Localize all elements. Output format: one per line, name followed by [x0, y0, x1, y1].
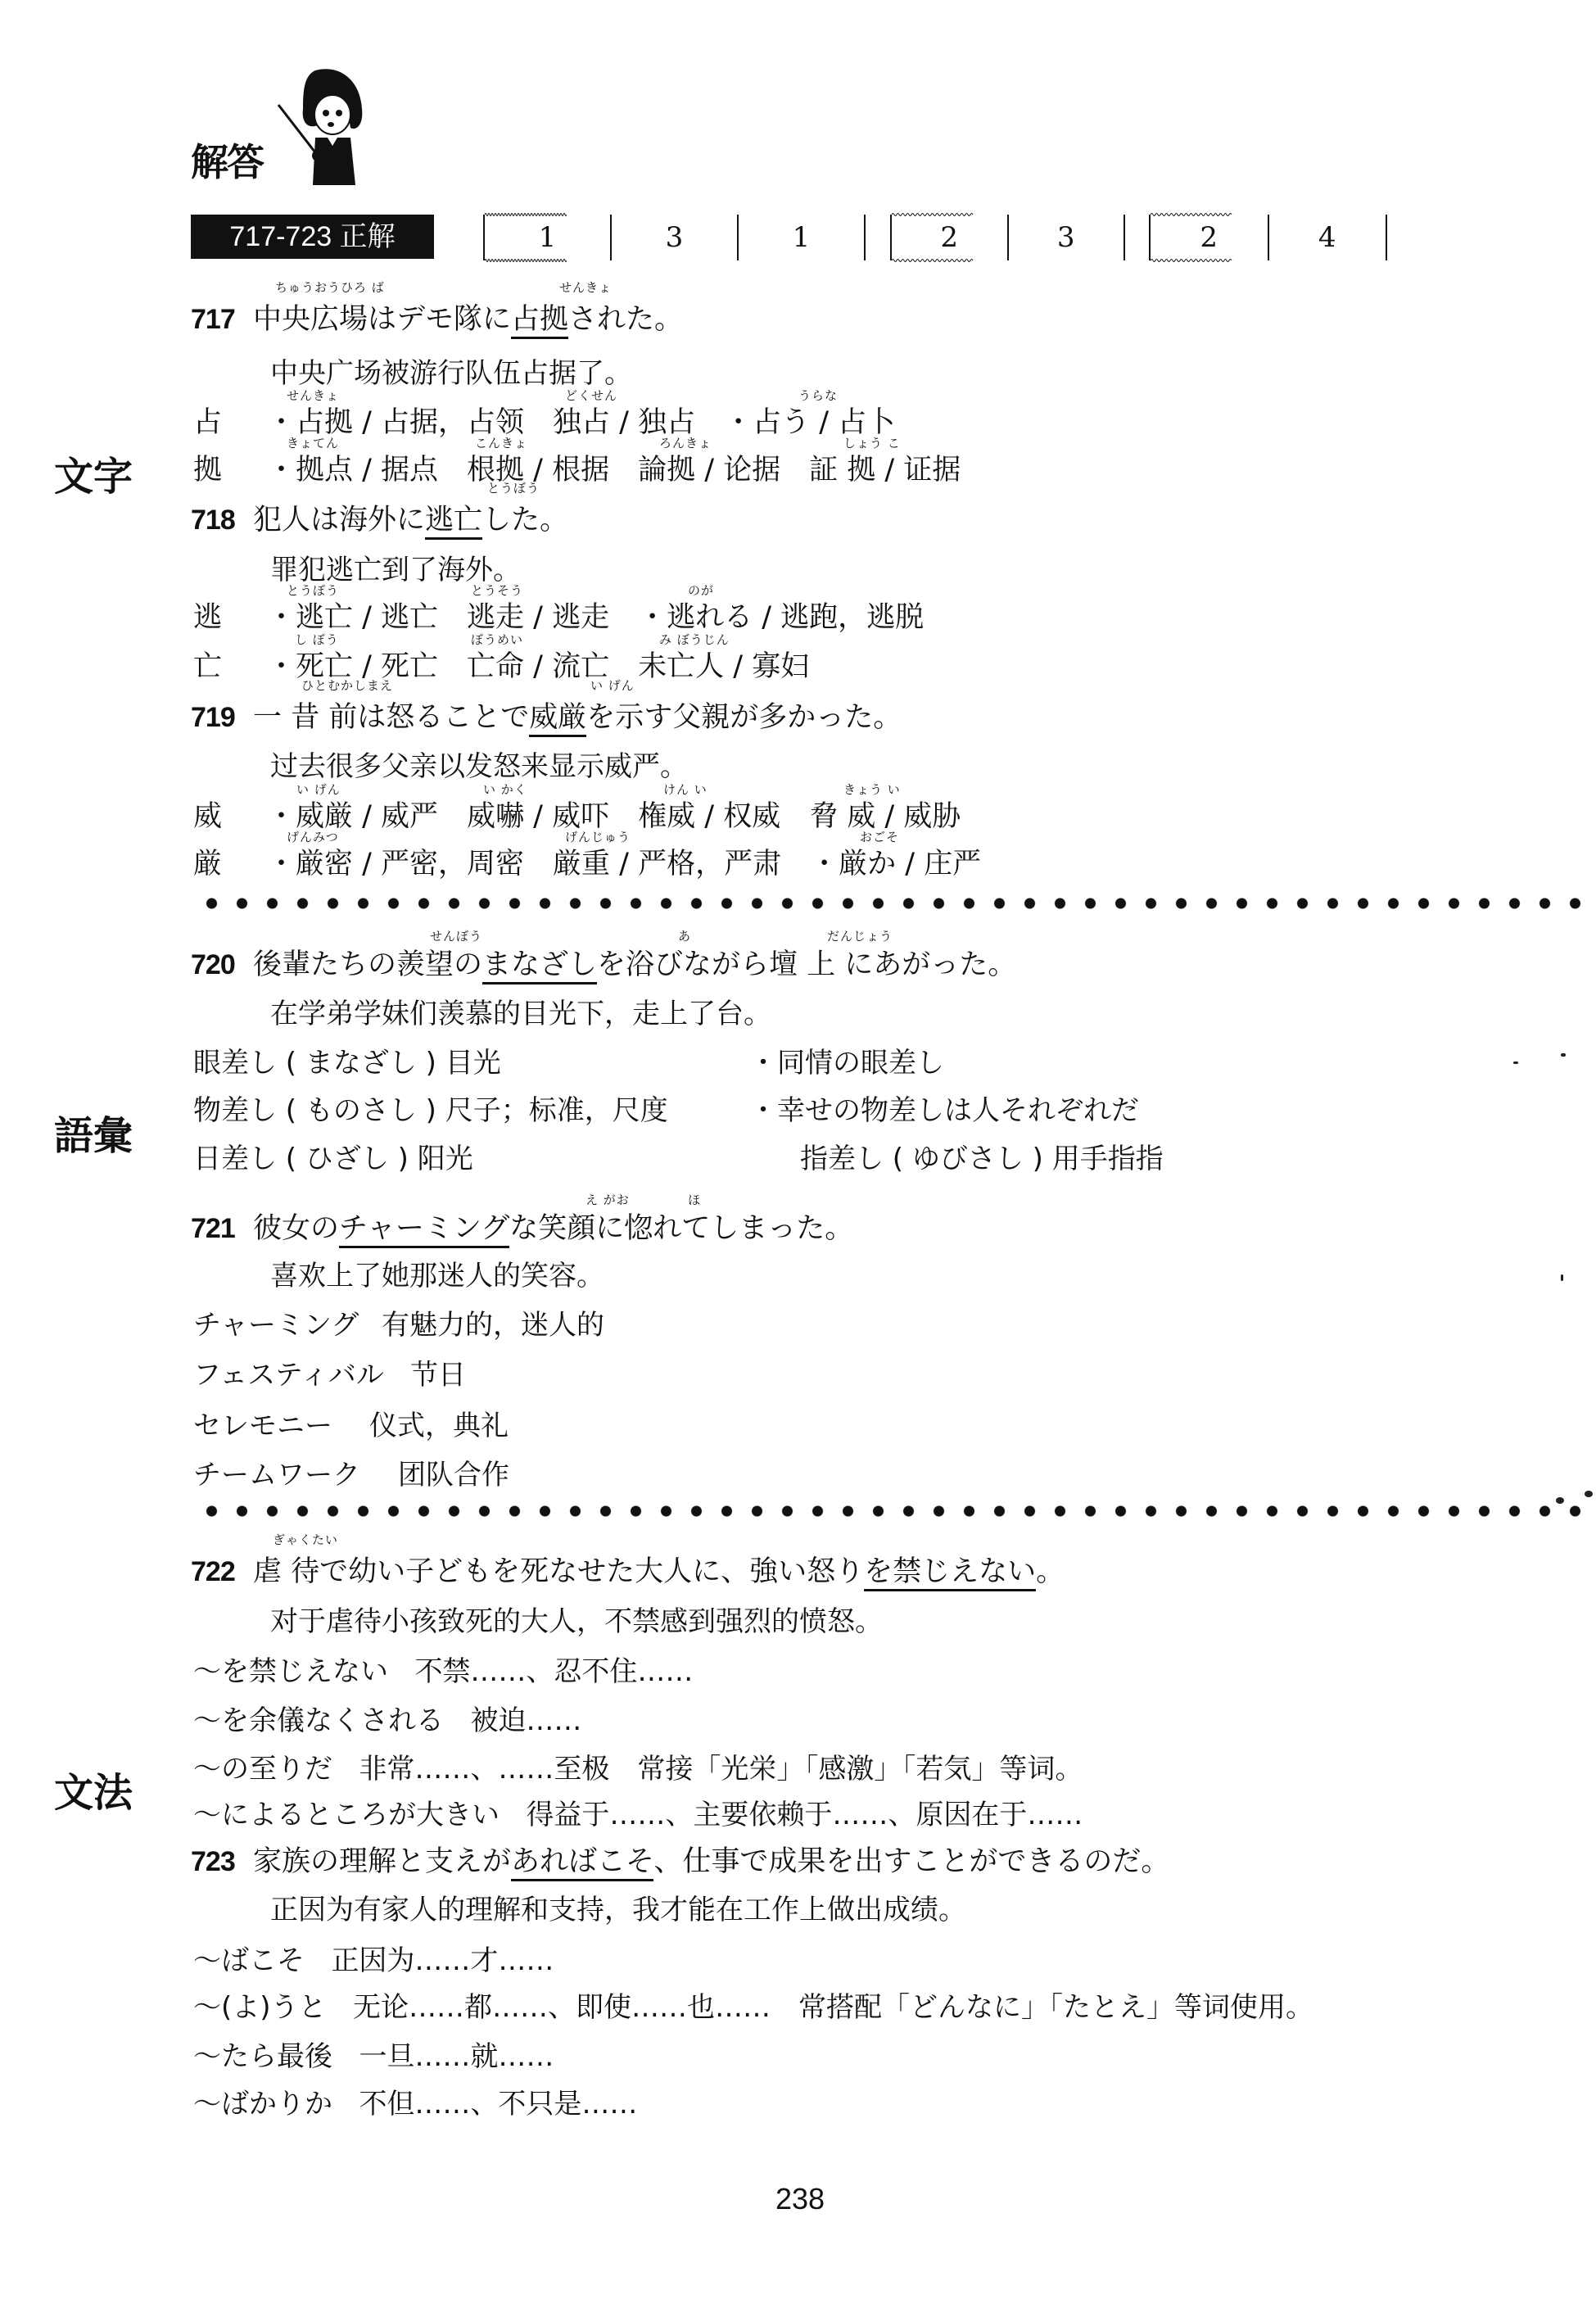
vocab-item: チームワーク团队合作 [193, 1452, 509, 1492]
target-word: まなざし [482, 948, 597, 984]
answer-718: 3 [610, 215, 737, 260]
question-723: 723 家族の理解と支えがあればこそ、仕事で成果を出すことができるのだ。 [191, 1839, 1169, 1880]
target-word: を禁じえない [864, 1555, 1036, 1591]
kanji-row: 拠・拠点 / 据点 根拠 / 根据 論拠 / 论据 証 拠 / 证据 [193, 447, 961, 488]
answer-717: 1 [485, 215, 610, 260]
vocab-right: ・同情の眼差し [749, 1040, 944, 1080]
grammar-item: ～ばかりか 不但……、不只是…… [193, 2081, 637, 2121]
answer-720: 2 [892, 215, 1007, 260]
vocab-item: チャーミング有魅力的，迷人的 [193, 1302, 604, 1342]
kanji-row: 逃・逃亡 / 逃亡 逃走 / 逃走 ・逃れる / 逃跑，逃脱 [193, 595, 924, 636]
page-number: 238 [775, 2182, 825, 2216]
answer-range-label: 717-723 正解 [191, 215, 434, 259]
target-word: 占拠 [511, 303, 568, 339]
vocab-right: 指差し ( ゆびさし ) 用手指指 [800, 1136, 1164, 1176]
target-word: チャーミング [339, 1212, 509, 1248]
side-label-moji: 文字 [54, 455, 97, 499]
vocab-left: 物差し ( ものさし ) 尺子；标准，尺度 [193, 1088, 668, 1128]
answer-group-1: 1 3 1 [483, 215, 866, 260]
answer-721: 3 [1007, 215, 1124, 260]
vocab-item: セレモニー仪式，典礼 [193, 1403, 509, 1443]
grammar-item: ～の至りだ 非常……、……至极 常接「光栄」「感激」「若気」等词。 [193, 1746, 1083, 1786]
target-word: 威厳 [529, 701, 586, 737]
translation-717: 中央广场被游行队伍占据了。 [270, 351, 632, 391]
section-divider [197, 1505, 1596, 1517]
translation-721: 喜欢上了她那迷人的笑容。 [270, 1253, 604, 1293]
question-721: 721 彼女のチャーミングな笑顔に惚れてしまった。 [191, 1206, 853, 1247]
vocab-left: 日差し ( ひざし ) 阳光 [193, 1136, 473, 1176]
grammar-item: ～たら最後 一旦……就…… [193, 2034, 554, 2074]
kanji-row: 厳・厳密 / 严密，周密 厳重 / 严格，严肃 ・厳か / 庄严 [193, 841, 981, 882]
section-title: 解答 [191, 133, 263, 187]
scan-speck [1561, 1274, 1563, 1281]
scan-speck [1585, 1491, 1593, 1497]
question-722: ぎゃくたい 722 虐 待で幼い子どもを死なせた大人に、強い怒りを禁じえない。 [191, 1549, 1065, 1590]
vocab-right: ・幸せの物差しは人それぞれだ [749, 1088, 1139, 1128]
target-word: 逃亡 [425, 504, 482, 540]
vocab-left: 眼差し ( まなざし ) 目光 [193, 1040, 501, 1080]
question-719: ひとむかしまえ い げん 719 一 昔 前は怒ることで威厳を示す父親が多かった… [191, 695, 902, 736]
scan-speck [1513, 1061, 1518, 1064]
side-label-bunpo: 文法 [54, 1771, 97, 1815]
answer-group-2: 2 3 [890, 215, 1125, 260]
translation-722: 对于虐待小孩致死的大人，不禁感到强烈的愤怒。 [270, 1599, 883, 1639]
vocab-item: フェスティバル节日 [193, 1352, 466, 1392]
translation-723: 正因为有家人的理解和支持，我才能在工作上做出成绩。 [270, 1887, 966, 1927]
answer-group-3: 2 4 [1149, 215, 1387, 260]
grammar-item: ～(よ)うと 无论……都……、即使……也…… 常搭配「どんなに」「たとえ」等词使… [193, 1985, 1313, 2025]
section-divider [197, 898, 1596, 909]
kanji-row: 亡・死亡 / 死亡 亡命 / 流亡 未亡人 / 寡妇 [193, 644, 809, 685]
translation-719: 过去很多父亲以发怒来显示威严。 [270, 744, 688, 784]
question-720: 720 後輩たちの羨望のまなざしを浴びながら壇 上 にあがった。 [191, 942, 1016, 983]
target-word: あればこそ [511, 1845, 653, 1881]
answer-719: 1 [737, 215, 864, 260]
scan-speck [1561, 1053, 1566, 1057]
answer-722: 2 [1151, 215, 1268, 260]
grammar-item: ～ばこそ 正因为……才…… [193, 1938, 554, 1978]
question-717: ちゅうおうひろ ば せんきょ 717 中央広場はデモ隊に占拠された。 [191, 296, 683, 337]
grammar-item: ～によるところが大きい 得益于……、主要依赖于……、原因在于…… [193, 1792, 1083, 1832]
question-718: とうぼう 718 犯人は海外に逃亡した。 [191, 497, 568, 538]
translation-720: 在学弟学妹们羡慕的目光下，走上了台。 [270, 991, 771, 1031]
grammar-item: ～を余儀なくされる 被迫…… [193, 1698, 581, 1738]
scan-speck [1556, 1497, 1564, 1504]
grammar-item: ～を禁じえない 不禁……、忍不住…… [193, 1649, 693, 1689]
answer-723: 4 [1268, 215, 1386, 260]
teacher-mascot-icon [270, 64, 377, 187]
side-label-goi: 語彙 [54, 1114, 97, 1158]
